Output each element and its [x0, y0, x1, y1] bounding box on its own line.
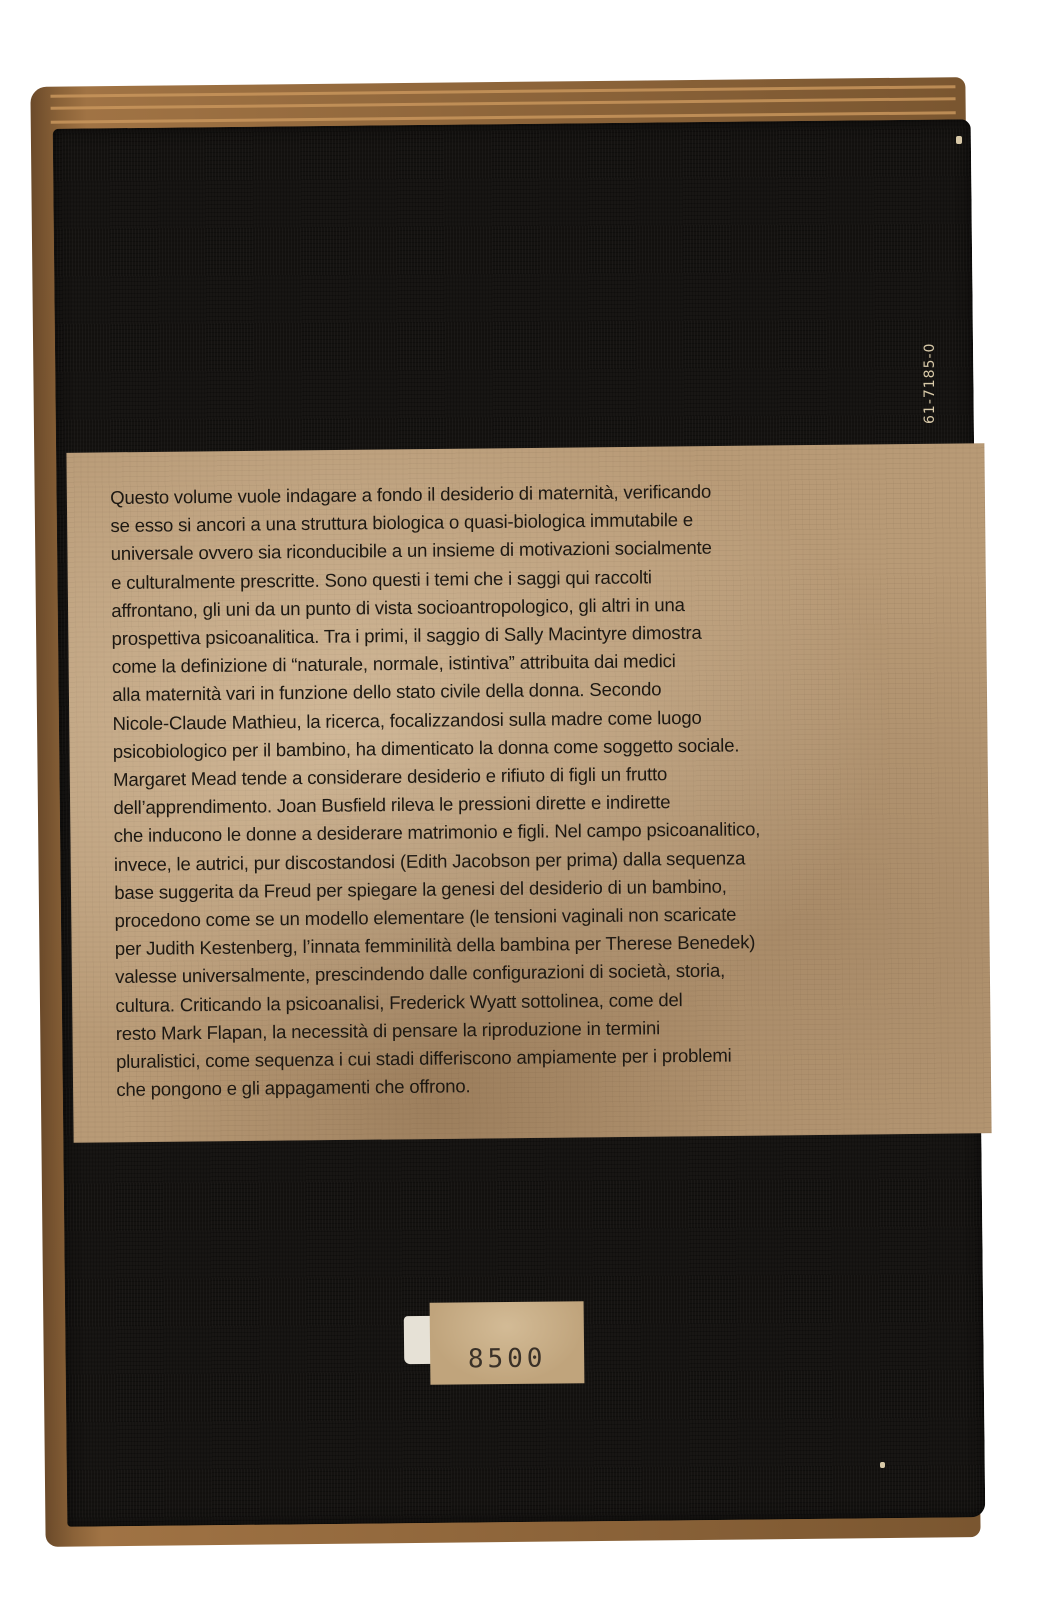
cover-wear-mark — [956, 136, 962, 144]
price-label-number: 8500 — [468, 1344, 547, 1375]
isbn-fragment: 61-7185-0 — [900, 328, 960, 438]
price-label: 8500 — [430, 1301, 585, 1385]
cover-wear-mark — [880, 1462, 885, 1468]
page-edge-line — [50, 85, 955, 97]
page-edge-line — [51, 97, 956, 109]
book-photo: 61-7185-0 Questo volume vuole indagare a… — [0, 0, 1058, 1600]
blurb-text: Questo volume vuole indagare a fondo il … — [110, 476, 906, 1105]
